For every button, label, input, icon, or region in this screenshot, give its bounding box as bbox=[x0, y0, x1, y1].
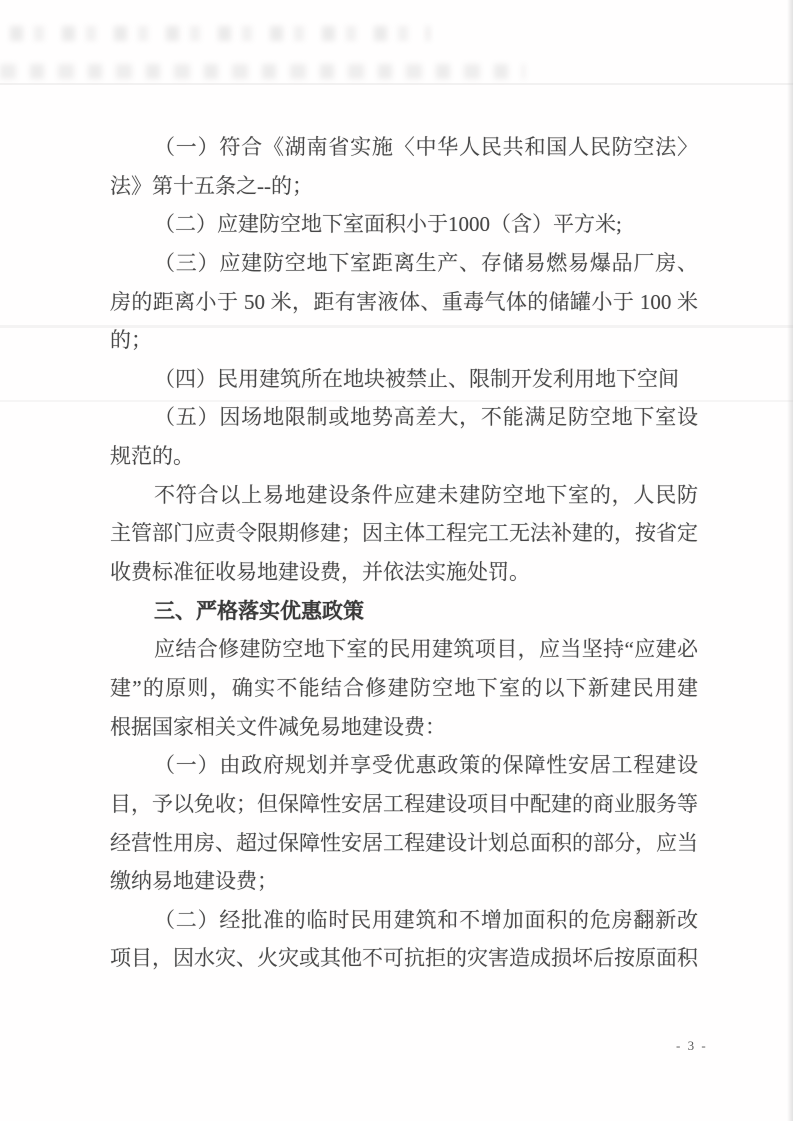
text-line: 收费标准征收易地建设费，并依法实施处罚。 bbox=[110, 553, 698, 592]
page-number: - 3 - bbox=[676, 1038, 708, 1054]
bleed-through-ghost-text bbox=[0, 64, 525, 79]
text-line: 主管部门应责令限期修建；因主体工程完工无法补建的，按省定 bbox=[110, 514, 698, 553]
scanned-document-page: （一）符合《湖南省实施〈中华人民共和国人民防空法〉办法》第十五条之--的；（二）… bbox=[0, 0, 793, 1121]
document-body: （一）符合《湖南省实施〈中华人民共和国人民防空法〉办法》第十五条之--的；（二）… bbox=[110, 128, 698, 978]
text-line: 建”的原则，确实不能结合修建防空地下室的以下新建民用建筑， bbox=[110, 669, 698, 708]
section-heading: 三、严格落实优惠政策 bbox=[110, 592, 698, 631]
scan-edge-shadow bbox=[787, 0, 793, 1121]
text-line: 房的距离小于 50 米，距有害液体、重毒气体的储罐小于 100 米 bbox=[110, 283, 698, 322]
scan-streak bbox=[0, 83, 793, 85]
text-line: 应结合修建防空地下室的民用建筑项目，应当坚持“应建必 bbox=[110, 630, 698, 669]
text-line: （三）应建防空地下室距离生产、存储易燃易爆品厂房、库 bbox=[110, 244, 698, 283]
text-line: 缴纳易地建设费； bbox=[110, 862, 698, 901]
text-line: 不符合以上易地建设条件应建未建防空地下室的，人民防空 bbox=[110, 476, 698, 515]
text-line: 根据国家相关文件减免易地建设费： bbox=[110, 708, 698, 747]
text-line: 的； bbox=[110, 321, 698, 360]
text-line: （一）由政府规划并享受优惠政策的保障性安居工程建设项 bbox=[110, 746, 698, 785]
text-line: 目，予以免收；但保障性安居工程建设项目中配建的商业服务等 bbox=[110, 785, 698, 824]
text-line: （一）符合《湖南省实施〈中华人民共和国人民防空法〉办 bbox=[110, 128, 698, 167]
text-line: 项目，因水灾、火灾或其他不可抗拒的灾害造成损坏后按原面积 bbox=[110, 939, 698, 978]
text-line: （二）应建防空地下室面积小于1000（含）平方米; bbox=[110, 205, 698, 244]
text-line: （四）民用建筑所在地块被禁止、限制开发利用地下空间的； bbox=[110, 360, 698, 399]
text-line: 法》第十五条之--的； bbox=[110, 167, 698, 206]
text-line: （二）经批准的临时民用建筑和不增加面积的危房翻新改造 bbox=[110, 901, 698, 940]
text-line: 规范的。 bbox=[110, 437, 698, 476]
text-line: （五）因场地限制或地势高差大，不能满足防空地下室设计 bbox=[110, 398, 698, 437]
bleed-through-ghost-text bbox=[10, 26, 430, 41]
text-line: 经营性用房、超过保障性安居工程建设计划总面积的部分，应当 bbox=[110, 824, 698, 863]
